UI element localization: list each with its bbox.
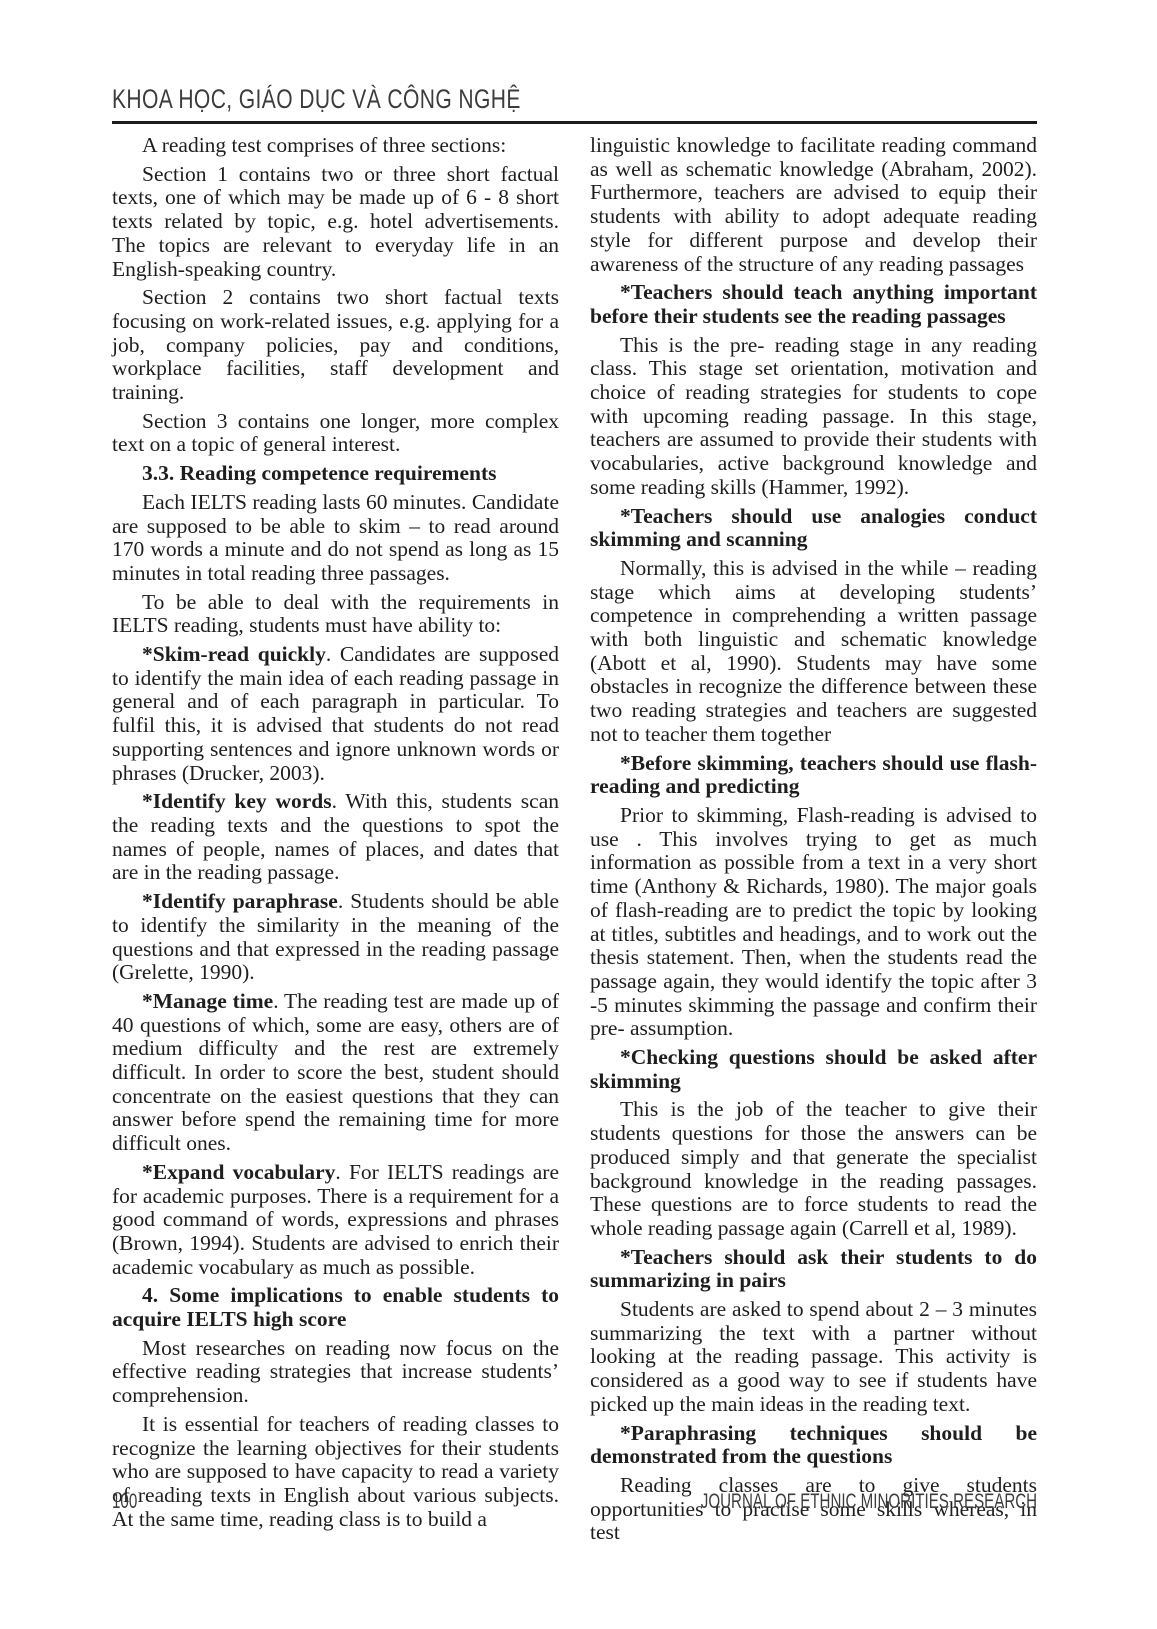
paragraph: Section 1 contains two or three short fa…	[112, 163, 559, 282]
strategy-label: *Identify key words	[142, 789, 332, 813]
implication-heading: *Teachers should use analogies conduct s…	[590, 505, 1037, 552]
strategy-label: *Expand vocabulary	[142, 1160, 335, 1184]
paragraph: Prior to skimming, Flash-reading is advi…	[590, 804, 1037, 1041]
continuation-paragraph: linguistic knowledge to facilitate readi…	[590, 134, 1037, 276]
paragraph: To be able to deal with the requirements…	[112, 591, 559, 638]
paragraph: It is essential for teachers of reading …	[112, 1413, 559, 1532]
strategy-paragraph: *Identify key words. With this, students…	[112, 790, 559, 885]
strategy-text: . The reading test are made up of 40 que…	[112, 989, 559, 1155]
paragraph: Most researches on reading now focus on …	[112, 1337, 559, 1408]
implication-heading: *Paraphrasing techniques should be demon…	[590, 1422, 1037, 1469]
right-column: linguistic knowledge to facilitate readi…	[590, 134, 1037, 1545]
strategy-label: *Manage time	[142, 989, 273, 1013]
paragraph: A reading test comprises of three sectio…	[112, 134, 559, 158]
section-heading: 3.3. Reading competence requirements	[112, 462, 559, 486]
left-column: A reading test comprises of three sectio…	[112, 134, 559, 1545]
strategy-paragraph: *Manage time. The reading test are made …	[112, 990, 559, 1156]
paragraph: Each IELTS reading lasts 60 minutes. Can…	[112, 491, 559, 586]
paragraph: Section 3 contains one longer, more comp…	[112, 410, 559, 457]
header-rule	[112, 121, 1037, 124]
content-columns: A reading test comprises of three sectio…	[112, 134, 1037, 1545]
paragraph: Normally, this is advised in the while –…	[590, 557, 1037, 747]
paragraph: This is the pre- reading stage in any re…	[590, 334, 1037, 500]
journal-page: KHOA HỌC, GIÁO DỤC VÀ CÔNG NGHỆ A readin…	[0, 0, 1157, 1629]
section-banner-title: KHOA HỌC, GIÁO DỤC VÀ CÔNG NGHỆ	[112, 84, 521, 115]
strategy-paragraph: *Expand vocabulary. For IELTS readings a…	[112, 1161, 559, 1280]
strategy-label: *Identify paraphrase	[142, 889, 338, 913]
section-heading: 4. Some implications to enable students …	[112, 1284, 559, 1331]
page-number: 100	[112, 1490, 137, 1514]
implication-heading: *Before skimming, teachers should use fl…	[590, 752, 1037, 799]
strategy-label: *Skim-read quickly	[142, 642, 326, 666]
paragraph: Students are asked to spend about 2 – 3 …	[590, 1298, 1037, 1417]
paragraph: This is the job of the teacher to give t…	[590, 1098, 1037, 1240]
strategy-paragraph: *Identify paraphrase. Students should be…	[112, 890, 559, 985]
journal-name: JOURNAL OF ETHNIC MINORITIES RESEARCH	[701, 1490, 1037, 1514]
implication-heading: *Checking questions should be asked afte…	[590, 1046, 1037, 1093]
implication-heading: *Teachers should ask their students to d…	[590, 1246, 1037, 1293]
page-header: KHOA HỌC, GIÁO DỤC VÀ CÔNG NGHỆ	[112, 84, 636, 118]
paragraph: Section 2 contains two short factual tex…	[112, 286, 559, 405]
implication-heading: *Teachers should teach anything importan…	[590, 281, 1037, 328]
strategy-paragraph: *Skim-read quickly. Candidates are suppo…	[112, 643, 559, 785]
